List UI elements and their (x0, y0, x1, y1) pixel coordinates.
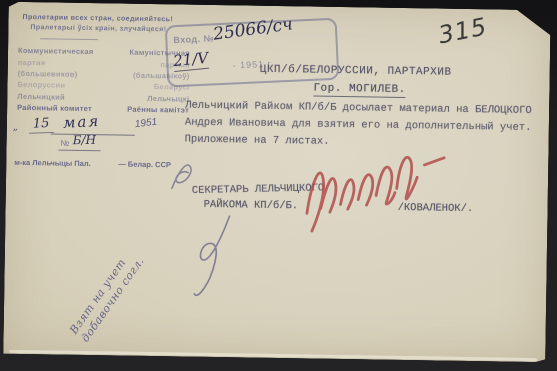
number-label: № (61, 139, 70, 148)
party-row: Белоруссии Беларусі (17, 80, 189, 92)
number-underline (58, 150, 100, 152)
party-row: (большевиков) (бальшавікоў) (18, 69, 190, 81)
scan-background: Пролетарии всех стран, соединяйтесь! Пра… (0, 0, 557, 371)
committee-ru: Районный комитет (17, 103, 92, 113)
date-month-handwritten: мая (62, 112, 100, 132)
addressee-line2: Гор. МОГИЛЕВ. (313, 83, 406, 98)
ink-curl-scrawl (164, 144, 205, 195)
stamp-number-handwritten: 25066/сч (212, 14, 294, 44)
committee-row: Лельчицкий Лельчыцкі (17, 92, 189, 104)
diagonal-note-line1: Взят на учет (67, 206, 164, 337)
committee-be: Лельчыцкі (147, 94, 189, 104)
letterhead-location: м-ка Лельчыцы Пал. (14, 158, 91, 168)
letterhead-divider (40, 38, 98, 40)
body-line2: Андрея Ивановича для взятия его на допол… (185, 117, 532, 134)
pencil-page-number: 315 (436, 12, 489, 49)
party-ru: Коммунистическая (18, 46, 94, 56)
ink-checkmark-scrawl (184, 210, 240, 306)
slogan-be: Пралетарыі ўсіх краін, злучайцеся! (30, 24, 166, 33)
diagonal-handwritten-note: Взят на учет добавочно согл. (67, 206, 176, 345)
committee-row: Районный комитет Раённы камітэт (17, 103, 189, 115)
incoming-stamp: Вход. № 25066/сч 21/V - 1951 г. (165, 18, 340, 88)
party-ru: Белоруссии (17, 80, 65, 90)
date-year: 1951 (134, 117, 157, 131)
document-page: Пролетарии всех стран, соединяйтесь! Пра… (3, 2, 550, 362)
stamp-label: Вход. № (173, 33, 214, 45)
committee-be: Раённы камітэт (127, 105, 189, 115)
committee-ru: Лельчицкий (17, 92, 65, 102)
date-day-handwritten: 15 (29, 116, 54, 134)
number-value-handwritten: Б/Н (73, 133, 97, 147)
body-line1: Лельчицкий Райком КП/б/Б досылает матери… (185, 100, 532, 117)
diagonal-note-line2: добавочно согл. (79, 214, 176, 345)
party-ru: (большевиков) (18, 69, 78, 79)
stamp-date-handwritten: 21/V (172, 49, 209, 72)
date-open-quote: „ (13, 122, 18, 133)
party-row: партия партыя (18, 58, 190, 70)
letterhead-republic: — Белар. ССР (118, 160, 171, 170)
body-line3: Приложение на 7 листах. (185, 134, 330, 148)
signature-autograph (293, 141, 458, 242)
slogan-ru: Пролетарии всех стран, соединяйтесь! (22, 14, 173, 23)
party-ru: партия (18, 58, 46, 67)
party-row: Коммунистическая Камуністычная (18, 46, 190, 58)
